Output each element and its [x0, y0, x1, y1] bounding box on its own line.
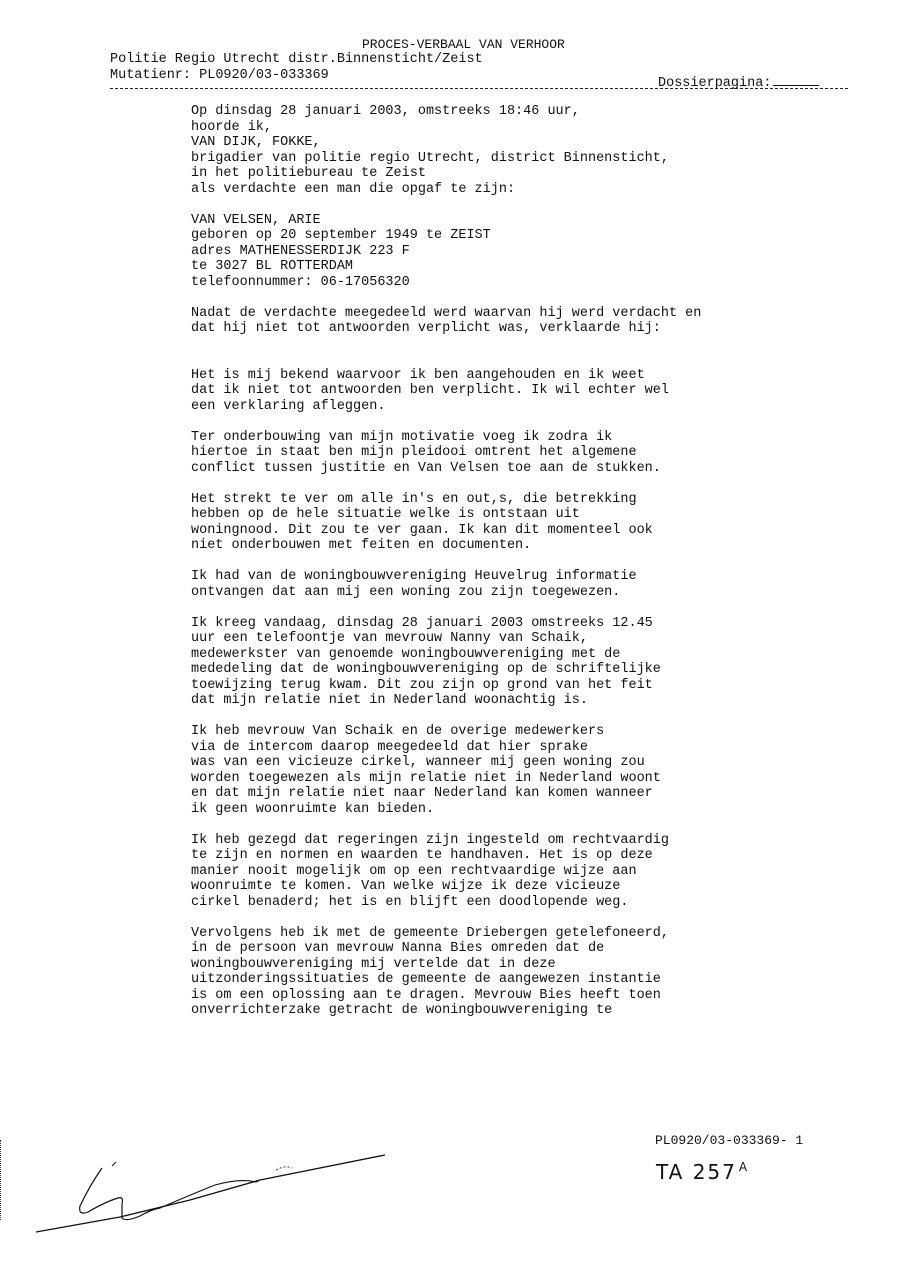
suspect-phone: telefoonnummer: 06-17056320 — [191, 275, 811, 291]
signature-icon — [0, 1140, 420, 1260]
suspect-block: VAN VELSEN, ARIE geboren op 20 september… — [191, 213, 811, 291]
statement-paragraph: Ik heb gezegd dat regeringen zijn ingest… — [191, 833, 811, 911]
paragraph-line: een verklaring afleggen. — [191, 399, 811, 415]
paragraph-line: Ik had van de woningbouwvereniging Heuve… — [191, 569, 811, 585]
paragraph-line: mededeling dat de woningbouwvereniging o… — [191, 662, 811, 678]
paragraph-line: worden toegewezen als mijn relatie niet … — [191, 771, 811, 787]
suspect-birth: geboren op 20 september 1949 te ZEIST — [191, 228, 811, 244]
statement-paragraph: Ik had van de woningbouwvereniging Heuve… — [191, 569, 811, 600]
stamp-number: TA 257 — [656, 1160, 737, 1184]
interrogator-name: VAN DIJK, FOKKE, — [191, 135, 811, 151]
paragraph-line: dat ik niet tot antwoorden ben verplicht… — [191, 383, 811, 399]
handwritten-stamp: TA 257A — [656, 1160, 749, 1184]
mutation-number: Mutatienr: PL0920/03-033369 — [110, 68, 329, 83]
paragraph-line: is om een oplossing aan te dragen. Mevro… — [191, 988, 811, 1004]
police-region-header: Politie Regio Utrecht distr.Binnensticht… — [110, 52, 483, 67]
suspect-address: adres MATHENESSERDIJK 223 F — [191, 244, 811, 260]
caution-line: Nadat de verdachte meegedeeld werd waarv… — [191, 306, 811, 322]
statement-body: Op dinsdag 28 januari 2003, omstreeks 18… — [191, 104, 811, 1019]
statement-paragraph: Ik heb mevrouw Van Schaik en de overige … — [191, 724, 811, 817]
paragraph-line: Het strekt te ver om alle in's en out,s,… — [191, 492, 811, 508]
paragraph-line: hiertoe in staat ben mijn pleidooi omtre… — [191, 445, 811, 461]
intro-line: hoorde ik, — [191, 120, 811, 136]
paragraph-line: via de intercom daarop meegedeeld dat hi… — [191, 740, 811, 756]
statement-paragraph: Vervolgens heb ik met de gemeente Driebe… — [191, 926, 811, 1019]
paragraph-line: conflict tussen justitie en Van Velsen t… — [191, 461, 811, 477]
paragraph-line: toewijzing terug kwam. Dit zou zijn op g… — [191, 678, 811, 694]
paragraph-line: in de persoon van mevrouw Nanna Bies omr… — [191, 941, 811, 957]
paragraph-line: dat mijn relatie niet in Nederland woona… — [191, 693, 811, 709]
intro-line: als verdachte een man die opgaf te zijn: — [191, 182, 811, 198]
dossier-page-blank — [773, 73, 819, 86]
statement-paragraph: Het is mij bekend waarvoor ik ben aangeh… — [191, 368, 811, 415]
intro-line: brigadier van politie regio Utrecht, dis… — [191, 151, 811, 167]
paragraph-line: Ter onderbouwing van mijn motivatie voeg… — [191, 430, 811, 446]
caution-line: dat hij niet tot antwoorden verplicht wa… — [191, 321, 811, 337]
paragraph-line: en dat mijn relatie niet naar Nederland … — [191, 786, 811, 802]
paragraph-line: woningbouwvereniging mij vertelde dat in… — [191, 957, 811, 973]
paragraph-line: te zijn en normen en waarden te handhave… — [191, 848, 811, 864]
paragraph-line: onverrichterzake getracht de woningbouwv… — [191, 1003, 811, 1019]
statement-paragraph: Ik kreeg vandaag, dinsdag 28 januari 200… — [191, 616, 811, 709]
document-title: PROCES-VERBAAL VAN VERHOOR — [362, 37, 565, 52]
paragraph-line: manier nooit mogelijk om op een rechtvaa… — [191, 864, 811, 880]
suspect-name: VAN VELSEN, ARIE — [191, 213, 811, 229]
suspect-city: te 3027 BL ROTTERDAM — [191, 259, 811, 275]
paragraph-line: Ik heb mevrouw Van Schaik en de overige … — [191, 724, 811, 740]
intro-line: in het politiebureau te Zeist — [191, 166, 811, 182]
paragraph-line: woonruimte te komen. Van welke wijze ik … — [191, 879, 811, 895]
intro-line: Op dinsdag 28 januari 2003, omstreeks 18… — [191, 104, 811, 120]
paragraph-line: ontvangen dat aan mij een woning zou zij… — [191, 585, 811, 601]
paragraph-line: medewerkster van genoemde woningbouwvere… — [191, 647, 811, 663]
paragraph-line: Vervolgens heb ik met de gemeente Driebe… — [191, 926, 811, 942]
paragraph-line: was van een vicieuze cirkel, wanneer mij… — [191, 755, 811, 771]
paragraph-line: hebben op de hele situatie welke is onts… — [191, 507, 811, 523]
paragraph-line: Ik kreeg vandaag, dinsdag 28 januari 200… — [191, 616, 811, 632]
stamp-suffix: A — [739, 1160, 749, 1174]
paragraph-line: ik geen woonruimte kan bieden. — [191, 802, 811, 818]
paragraph-line: uitzonderingssituaties de gemeente de aa… — [191, 972, 811, 988]
paragraph-line: Het is mij bekend waarvoor ik ben aangeh… — [191, 368, 811, 384]
caution-block: Nadat de verdachte meegedeeld werd waarv… — [191, 306, 811, 337]
intro-block: Op dinsdag 28 januari 2003, omstreeks 18… — [191, 104, 811, 197]
paragraph-line: uur een telefoontje van mevrouw Nanny va… — [191, 631, 811, 647]
paragraph-line: Ik heb gezegd dat regeringen zijn ingest… — [191, 833, 811, 849]
paragraph-line: niet onderbouwen met feiten en documente… — [191, 538, 811, 554]
statement-paragraph: Ter onderbouwing van mijn motivatie voeg… — [191, 430, 811, 477]
statement-paragraph: Het strekt te ver om alle in's en out,s,… — [191, 492, 811, 554]
paragraph-line: woningnood. Dit zou te ver gaan. Ik kan … — [191, 523, 811, 539]
header-divider — [110, 88, 848, 89]
page-reference: PL0920/03-033369- 1 — [655, 1133, 803, 1148]
document-page: PROCES-VERBAAL VAN VERHOOR Politie Regio… — [0, 0, 900, 1288]
paragraph-line: cirkel benaderd; het is en blijft een do… — [191, 895, 811, 911]
